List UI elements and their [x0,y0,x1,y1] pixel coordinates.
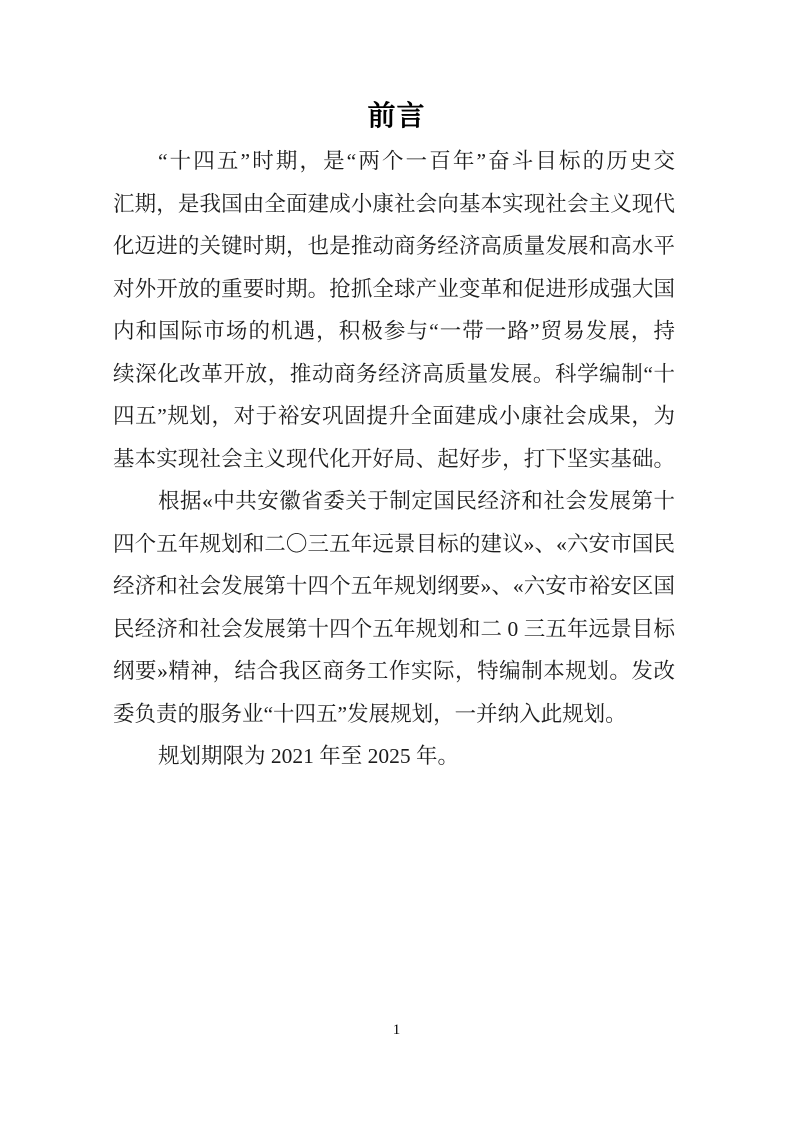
text-line-p2-l4: 民经济和社会发展第十四个五年规划和二 0 三五年远景目标 [113,608,675,651]
text-line-p1-l4: 对外开放的重要时期。抢抓全球产业变革和促进形成强大国 [113,268,675,311]
text-line-p1-l7: 四五”规划，对于裕安巩固提升全面建成小康社会成果，为 [113,395,675,438]
text-line-p2-l1: 根据«中共安徽省委关于制定国民经济和社会发展第十 [113,480,675,523]
document-body: “十四五”时期，是“两个一百年”奋斗目标的历史交汇期，是我国由全面建成小康社会向… [113,140,675,778]
text-line-p1-l1: “十四五”时期，是“两个一百年”奋斗目标的历史交 [113,140,675,183]
text-line-p2-l3: 经济和社会发展第十四个五年规划纲要»、«六安市裕安区国 [113,565,675,608]
page-number: 1 [0,1020,793,1040]
text-line-p2-l2: 四个五年规划和二〇三五年远景目标的建议»、«六安市国民 [113,523,675,566]
page-title: 前言 [0,92,793,140]
text-line-p1-l5: 内和国际市场的机遇，积极参与“一带一路”贸易发展，持 [113,310,675,353]
text-line-p1-l6: 续深化改革开放，推动商务经济高质量发展。科学编制“十 [113,353,675,396]
text-line-p1-l2: 汇期，是我国由全面建成小康社会向基本实现社会主义现代 [113,183,675,226]
text-line-p2-l6: 委负责的服务业“十四五”发展规划，一并纳入此规划。 [113,693,675,736]
text-line-p1-l3: 化迈进的关键时期，也是推动商务经济高质量发展和高水平 [113,225,675,268]
text-line-p3-l1: 规划期限为 2021 年至 2025 年。 [113,735,675,778]
document-page: 前言 “十四五”时期，是“两个一百年”奋斗目标的历史交汇期，是我国由全面建成小康… [0,0,793,1122]
text-line-p2-l5: 纲要»精神，结合我区商务工作实际，特编制本规划。发改 [113,650,675,693]
text-line-p1-l8: 基本实现社会主义现代化开好局、起好步，打下坚实基础。 [113,438,675,481]
